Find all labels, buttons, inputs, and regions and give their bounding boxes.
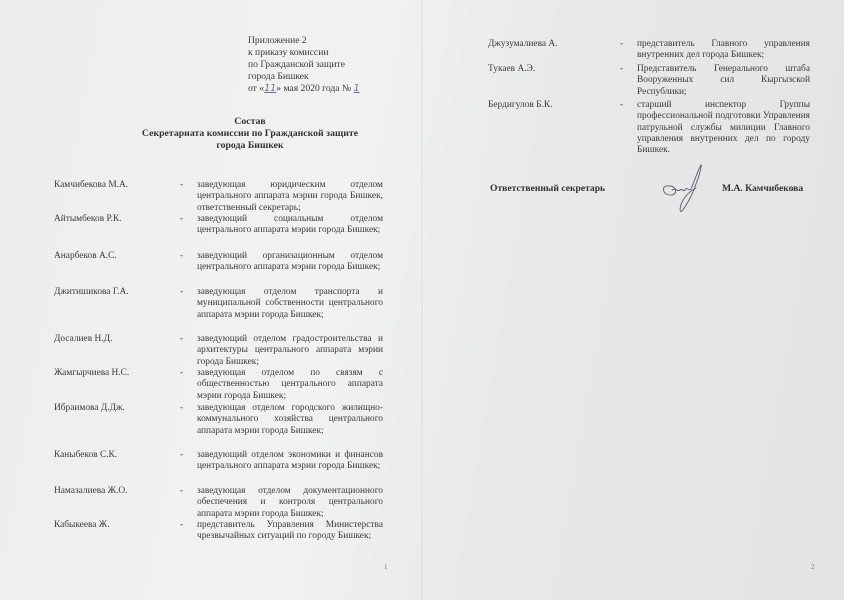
dash: - (180, 486, 183, 497)
appendix-date-line: от «11» мая 2020 года № 1 (248, 83, 360, 95)
title-line-2: Секретариата комиссии по Гражданской защ… (100, 128, 400, 140)
member-name: Анарбеков А.С. (54, 251, 117, 262)
appendix-line-3: по Гражданской защите (248, 59, 360, 71)
title-line-1: Состав (100, 116, 400, 128)
appendix-line-2: к приказу комиссии (248, 47, 360, 59)
dash: - (180, 180, 183, 191)
member-name: Ибраимова Д.Дж. (54, 403, 125, 414)
member-description: заведующая отделом городского жилищно-ко… (197, 403, 383, 437)
dash: - (620, 100, 623, 111)
member-name: Джузумалиева А. (488, 39, 558, 50)
dash: - (620, 39, 623, 50)
dash: - (180, 368, 183, 379)
member-description: заведующий отделом экономики и финансов … (197, 450, 383, 473)
member-description: заведующий отделом градостроительства и … (197, 334, 383, 368)
title-line-3: города Бишкек (100, 140, 400, 152)
appendix-line-4: города Бишкек (248, 71, 360, 83)
signature-label: Ответственный секретарь (490, 183, 605, 194)
dash: - (620, 64, 623, 75)
dash: - (180, 287, 183, 298)
dash: - (180, 214, 183, 225)
date-day-handwritten: 11 (264, 83, 276, 94)
dash: - (180, 450, 183, 461)
member-name: Тукаев А.Э. (488, 64, 535, 75)
member-name: Намазалиева Ж.О. (54, 486, 127, 497)
member-name: Кабыкеева Ж. (54, 520, 110, 531)
member-description: старший инспектор Группы профессионально… (637, 100, 810, 156)
handwritten-signature-icon (656, 162, 706, 214)
dash: - (180, 520, 183, 531)
member-description: заведующая отделом по связям с обществен… (197, 368, 383, 402)
member-description: Представитель Генерального штаба Вооруже… (637, 64, 810, 98)
date-prefix: от « (248, 83, 264, 94)
page-number-2: 2 (811, 563, 815, 571)
member-name: Бердигулов Б.К. (488, 100, 552, 111)
member-description: заведующий социальным отделом центрально… (197, 214, 383, 237)
dash: - (180, 403, 183, 414)
order-number-handwritten: 1 (353, 83, 359, 94)
page-fold (421, 0, 423, 600)
signatory-name: М.А. Камчибекова (722, 183, 803, 194)
member-name: Жамгырчиева Н.С. (54, 368, 129, 379)
member-name: Камчибекова М.А. (54, 180, 128, 191)
member-name: Каныбеков С.К. (54, 450, 117, 461)
member-description: заведующая отделом документационного обе… (197, 486, 383, 520)
dash: - (180, 251, 183, 262)
appendix-header: Приложение 2 к приказу комиссии по Гражд… (248, 35, 360, 95)
member-description: заведующая отделом транспорта и муниципа… (197, 287, 383, 321)
member-description: заведующий организационным отделом центр… (197, 251, 383, 274)
dash: - (180, 334, 183, 345)
member-description: представитель Управления Министерства чр… (197, 520, 383, 543)
date-suffix: » мая 2020 года № (276, 83, 351, 94)
page-number-1: 1 (384, 563, 388, 571)
member-description: заведующая юридическим отделом центральн… (197, 180, 383, 214)
document-title: Состав Секретариата комиссии по Гражданс… (100, 116, 400, 152)
member-description: представитель Главного управления внутре… (637, 39, 810, 62)
member-name: Досалиев Н.Д. (54, 334, 112, 345)
appendix-line-1: Приложение 2 (248, 35, 360, 47)
member-name: Джитишикова Г.А. (54, 287, 129, 298)
member-name: Айтымбеков Р.К. (54, 214, 121, 225)
